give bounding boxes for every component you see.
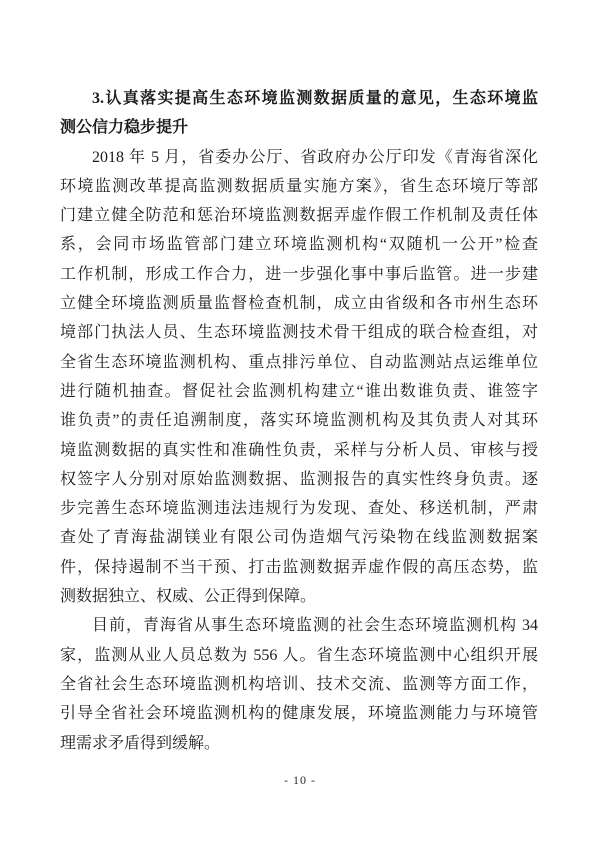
text-line: 门建立健全防范和惩治环境监测数据弄虚作假工作机制及责任体 bbox=[60, 201, 538, 230]
paragraph: 2018 年 5 月，省委办公厅、省政府办公厅印发《青海省深化环境监测改革提高监… bbox=[60, 143, 538, 612]
text-line: 查处了青海盐湖镁业有限公司伪造烟气污染物在线监测数据案 bbox=[60, 523, 538, 552]
text-line: 境部门执法人员、生态环境监测技术骨干组成的联合检查组，对 bbox=[60, 318, 538, 347]
text-line: 境监测数据的真实性和准确性负责，采样与分析人员、审核与授 bbox=[60, 436, 538, 465]
text-line: 立健全环境监测质量监督检查机制，成立由省级和各市州生态环 bbox=[60, 289, 538, 318]
page-number: - 10 - bbox=[0, 772, 600, 788]
text-line: 谁负责”的责任追溯制度，落实环境监测机构及其负责人对其环 bbox=[60, 406, 538, 435]
document-page: 3.认真落实提高生态环境监测数据质量的意见，生态环境监测公信力稳步提升2018 … bbox=[0, 0, 600, 848]
document-body: 3.认真落实提高生态环境监测数据质量的意见，生态环境监测公信力稳步提升2018 … bbox=[60, 84, 538, 758]
text-line: 工作机制，形成工作合力，进一步强化事中事后监管。进一步建 bbox=[60, 260, 538, 289]
text-line: 家，监测从业人员总数为 556 人。省生态环境监测中心组织开展 bbox=[60, 641, 538, 670]
paragraph: 目前，青海省从事生态环境监测的社会生态环境监测机构 34家，监测从业人员总数为 … bbox=[60, 611, 538, 757]
text-line: 测公信力稳步提升 bbox=[60, 113, 538, 142]
text-line: 2018 年 5 月，省委办公厅、省政府办公厅印发《青海省深化 bbox=[60, 143, 538, 172]
text-line: 目前，青海省从事生态环境监测的社会生态环境监测机构 34 bbox=[60, 611, 538, 640]
text-line: 件，保持遏制不当干预、打击监测数据弄虚作假的高压态势，监 bbox=[60, 553, 538, 582]
text-line: 权签字人分别对原始监测数据、监测报告的真实性终身负责。逐 bbox=[60, 465, 538, 494]
text-line: 理需求矛盾得到缓解。 bbox=[60, 729, 538, 758]
text-line: 3.认真落实提高生态环境监测数据质量的意见，生态环境监 bbox=[60, 84, 538, 113]
section-heading: 3.认真落实提高生态环境监测数据质量的意见，生态环境监测公信力稳步提升 bbox=[60, 84, 538, 143]
text-line: 测数据独立、权威、公正得到保障。 bbox=[60, 582, 538, 611]
text-line: 全省社会生态环境监测机构培训、技术交流、监测等方面工作， bbox=[60, 670, 538, 699]
text-line: 引导全省社会环境监测机构的健康发展，环境监测能力与环境管 bbox=[60, 699, 538, 728]
text-line: 环境监测改革提高监测数据质量实施方案》，省生态环境厅等部 bbox=[60, 172, 538, 201]
text-line: 进行随机抽查。督促社会监测机构建立“谁出数谁负责、谁签字 bbox=[60, 377, 538, 406]
text-line: 全省生态环境监测机构、重点排污单位、自动监测站点运维单位 bbox=[60, 348, 538, 377]
text-line: 系，会同市场监管部门建立环境监测机构“双随机一公开”检查 bbox=[60, 230, 538, 259]
text-line: 步完善生态环境监测违法违规行为发现、查处、移送机制，严肃 bbox=[60, 494, 538, 523]
